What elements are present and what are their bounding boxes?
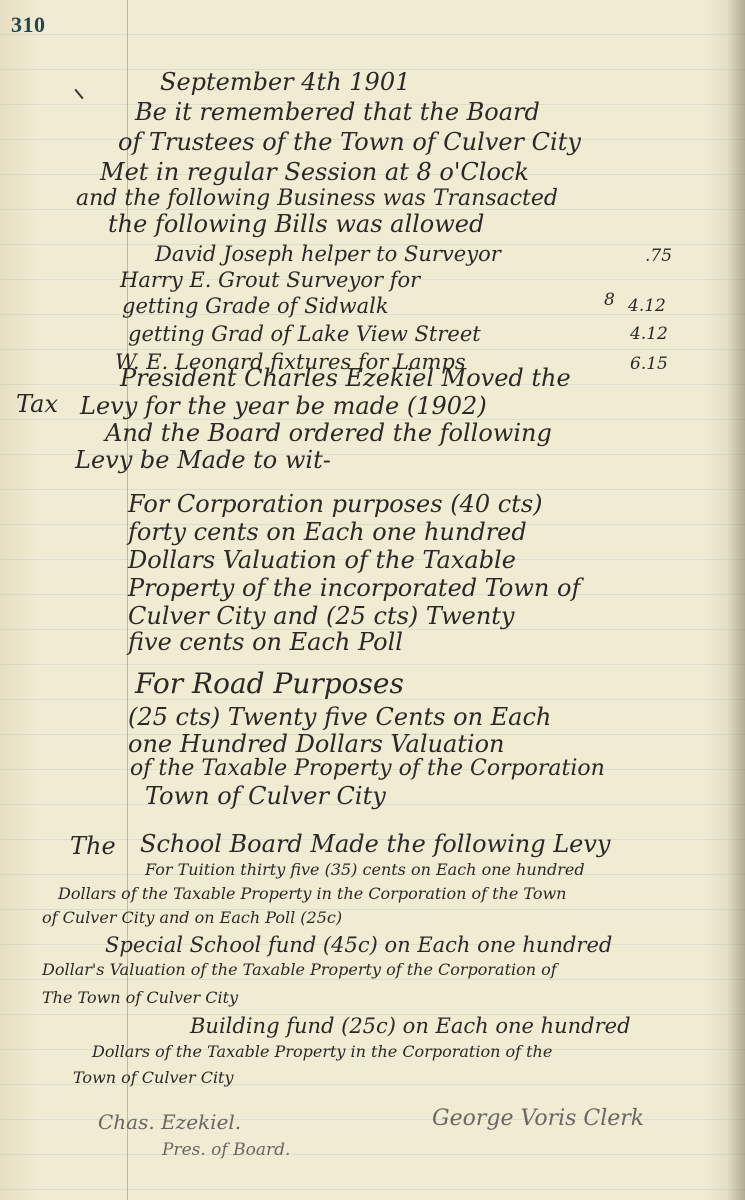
page-number: 310 [11,12,46,38]
president-signature: Chas. Ezekiel. [98,1112,241,1132]
tax-margin-note: Tax [16,392,58,416]
clerk-signature: George Voris Clerk [432,1108,644,1130]
opening-line-1: Be it remembered that the Board [135,100,540,124]
school-line-9: Dollars of the Taxable Property in the C… [92,1044,552,1060]
bill-4-amount: 4.12 [630,324,668,344]
corporation-line-3: Dollars Valuation of the Taxable [128,548,516,572]
bill-3-amount: 4.12 [628,296,666,316]
corporation-line-4: Property of the incorporated Town of [128,576,580,600]
road-line-1: (25 cts) Twenty five Cents on Each [128,705,551,729]
corporation-line-5: Culver City and (25 cts) Twenty [128,604,514,628]
road-line-3: of the Taxable Property of the Corporati… [130,758,605,780]
opening-line-2: of Trustees of the Town of Culver City [118,130,581,154]
school-line-4: of Culver City and on Each Poll (25c) [42,910,342,926]
school-line-6: Dollar's Valuation of the Taxable Proper… [42,962,557,978]
opening-line-5: the following Bills was allowed [108,212,484,236]
tick-mark [74,89,83,99]
president-title: Pres. of Board. [162,1142,290,1159]
bill-1-amount: .75 [645,246,672,266]
tax-levy-line-2: Levy for the year be made (1902) [80,394,487,418]
school-line-7: The Town of Culver City [42,990,238,1006]
road-purposes-heading: For Road Purposes [135,670,404,698]
tax-levy-line-4: Levy be Made to wit- [75,448,331,472]
bill-2-description: Harry E. Grout Surveyor for [120,270,420,291]
bill-1-description: David Joseph helper to Surveyor [155,244,501,265]
school-line-10: Town of Culver City [73,1070,234,1086]
bill-3-description: getting Grade of Sidwalk [122,296,389,317]
road-line-2: one Hundred Dollars Valuation [128,732,505,756]
school-line-8: Building fund (25c) on Each one hundred [190,1016,631,1037]
tax-levy-line-3: And the Board ordered the following [105,421,552,445]
bill-3-marker: 8 [604,290,615,310]
bill-4-description: getting Grad of Lake View Street [128,324,481,345]
opening-line-4: and the following Business was Transacte… [76,188,558,210]
school-line-1: School Board Made the following Levy [140,832,610,856]
opening-line-3: Met in regular Session at 8 o'Clock [100,160,529,184]
school-line-3: Dollars of the Taxable Property in the C… [58,886,566,902]
bill-5-amount: 6.15 [630,354,668,374]
school-line-5: Special School fund (45c) on Each one hu… [105,935,612,956]
corporation-line-6: five cents on Each Poll [128,630,403,654]
tax-levy-line-1: President Charles Ezekiel Moved the [120,366,571,390]
corporation-line-2: forty cents on Each one hundred [128,520,527,544]
school-margin-note: The [70,834,116,858]
school-line-2: For Tuition thirty five (35) cents on Ea… [145,862,585,878]
entry-date: September 4th 1901 [160,70,410,94]
ledger-page: 310 September 4th 1901 Be it remembered … [0,0,745,1200]
corporation-line-1: For Corporation purposes (40 cts) [128,492,543,516]
road-line-4: Town of Culver City [145,784,386,808]
